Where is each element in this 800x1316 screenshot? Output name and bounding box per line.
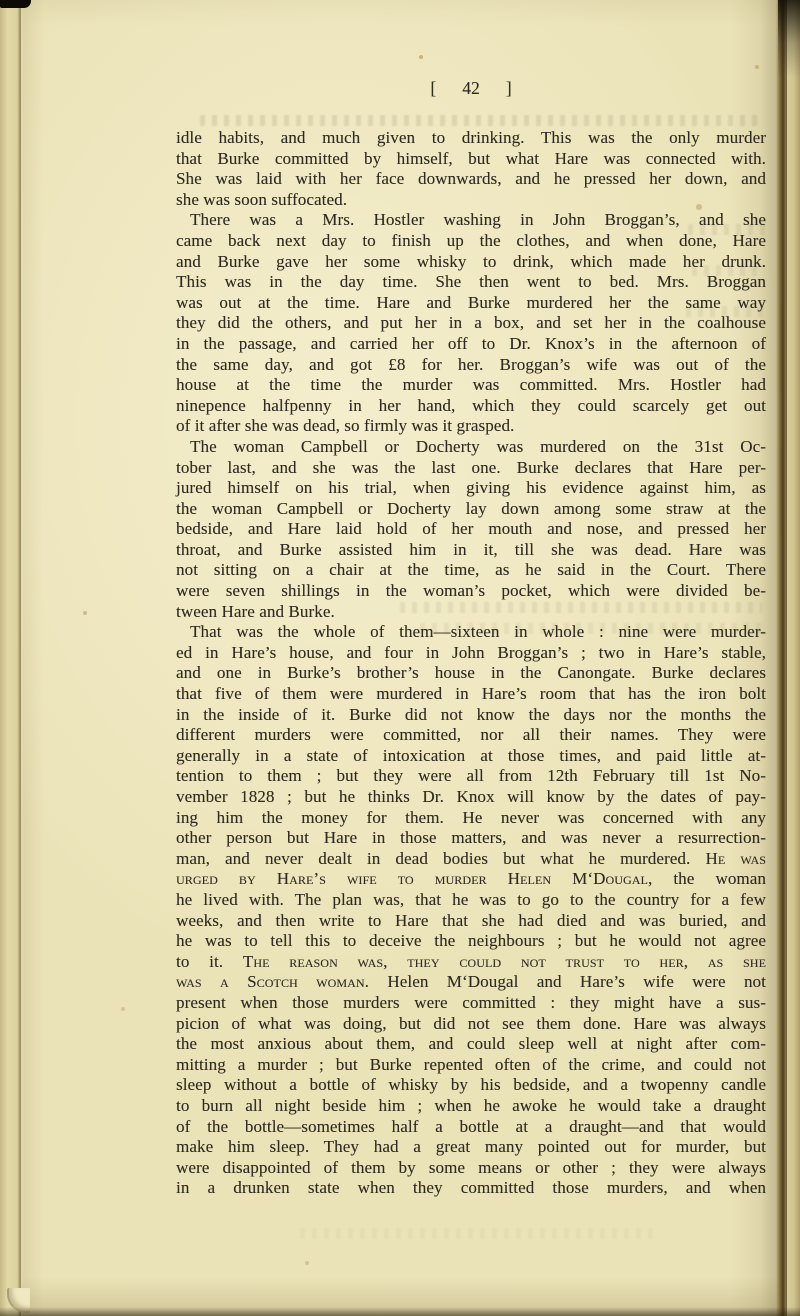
paragraph: The woman Campbell or Docherty was murde… bbox=[176, 437, 766, 622]
body-text: The woman Campbell or Docherty was murde… bbox=[190, 437, 766, 456]
body-text: mitting a murder ; but Burke repented of… bbox=[176, 1055, 766, 1074]
body-text: This was in the day time. She then went … bbox=[176, 272, 766, 291]
body-text: the most anxious about them, and could s… bbox=[176, 1034, 766, 1053]
body-text: sleep without a bottle of whisky by his … bbox=[176, 1075, 766, 1094]
body-text: in a drunken state when they committed t… bbox=[176, 1178, 766, 1197]
text-line: house at the time the murder was committ… bbox=[176, 375, 766, 396]
text-line: This was in the day time. She then went … bbox=[176, 272, 766, 293]
body-text: to it. bbox=[176, 952, 243, 971]
body-text: jured himself on his trial, when giving … bbox=[176, 478, 766, 497]
body-text: the same day, and got £8 for her. Brogga… bbox=[176, 355, 766, 374]
text-line: was a Scotch woman. Helen M‘Dougal and H… bbox=[176, 972, 766, 993]
body-text: they did the others, and put her in a bo… bbox=[176, 313, 766, 332]
page-number-left-bracket: [ bbox=[430, 78, 436, 98]
text-line: urged by Hare’s wife to murder Helen M‘D… bbox=[176, 869, 766, 890]
text-line: generally in a state of intoxication at … bbox=[176, 746, 766, 767]
body-text: ed in Hare’s house, and four in John Bro… bbox=[176, 643, 766, 662]
body-text: Helen M‘Dougal and Hare’s wife were not bbox=[369, 972, 766, 991]
body-text: There was a Mrs. Hostler washing in John… bbox=[190, 210, 766, 229]
body-text: the woman Campbell or Docherty lay down … bbox=[176, 499, 766, 518]
body-text: was out at the time. Hare and Burke murd… bbox=[176, 293, 766, 312]
photo-corner-top-right bbox=[778, 0, 800, 78]
body-text: different murders were committed, nor al… bbox=[176, 725, 766, 744]
text-line: tention to them ; but they were all from… bbox=[176, 766, 766, 787]
body-text: generally in a state of intoxication at … bbox=[176, 746, 766, 765]
page-number-value: 42 bbox=[462, 77, 480, 99]
body-text: house at the time the murder was committ… bbox=[176, 375, 766, 394]
text-line: and Burke gave her some whisky to drink,… bbox=[176, 252, 766, 273]
body-text: ninepence halfpenny in her hand, which t… bbox=[176, 396, 766, 415]
text-line: jured himself on his trial, when giving … bbox=[176, 478, 766, 499]
show-through-ghost bbox=[200, 115, 760, 126]
page-crease bbox=[18, 0, 23, 1316]
body-text: he was to tell this to deceive the neigh… bbox=[176, 931, 766, 950]
body-text: ing him the money for them. He never was… bbox=[176, 808, 766, 827]
text-line: was out at the time. Hare and Burke murd… bbox=[176, 293, 766, 314]
body-text: weeks, and then write to Hare that she h… bbox=[176, 911, 766, 930]
text-line: that Burke committed by himself, but wha… bbox=[176, 149, 766, 170]
text-line: tober last, and she was the last one. Bu… bbox=[176, 458, 766, 479]
text-line: were seven shillings in the woman’s pock… bbox=[176, 581, 766, 602]
book-page-scan: [42] idle habits, and much given to drin… bbox=[0, 0, 800, 1316]
body-text: she was soon suffocated. bbox=[176, 190, 347, 209]
text-line: different murders were committed, nor al… bbox=[176, 725, 766, 746]
body-text: of it after she was dead, so firmly was … bbox=[176, 416, 514, 435]
text-block: idle habits, and much given to drinking.… bbox=[176, 128, 766, 1199]
text-line: other person but Hare in those matters, … bbox=[176, 828, 766, 849]
body-text: bedside, and Hare laid hold of her mouth… bbox=[176, 519, 766, 538]
body-text: tween Hare and Burke. bbox=[176, 602, 335, 621]
text-line: ninepence halfpenny in her hand, which t… bbox=[176, 396, 766, 417]
body-text: to burn all night beside him ; when he a… bbox=[176, 1096, 766, 1115]
body-text: and Burke gave her some whisky to drink,… bbox=[176, 252, 766, 271]
text-line: mitting a murder ; but Burke repented of… bbox=[176, 1055, 766, 1076]
text-line: and one in Burke’s brother’s house in th… bbox=[176, 663, 766, 684]
text-line: ing him the money for them. He never was… bbox=[176, 808, 766, 829]
body-text: present when those murders were committe… bbox=[176, 993, 766, 1012]
small-caps-text: The reason was, they could not trust to … bbox=[243, 952, 766, 971]
text-line: That was the whole of them—sixteen in wh… bbox=[176, 622, 766, 643]
text-line: he lived with. The plan was, that he was… bbox=[176, 890, 766, 911]
text-line: to burn all night beside him ; when he a… bbox=[176, 1096, 766, 1117]
body-text: , the woman bbox=[648, 869, 766, 888]
small-caps-text: was a Scotch woman. bbox=[176, 972, 369, 991]
page-number: [42] bbox=[176, 77, 766, 99]
paragraph: idle habits, and much given to drinking.… bbox=[176, 128, 766, 210]
body-text: that five of them were murdered in Hare’… bbox=[176, 684, 766, 703]
body-text: She was laid with her face downwards, an… bbox=[176, 169, 766, 188]
text-line: in the passage, and carried her off to D… bbox=[176, 334, 766, 355]
text-line: in a drunken state when they committed t… bbox=[176, 1178, 766, 1199]
text-line: picion of what was doing, but did not se… bbox=[176, 1014, 766, 1035]
text-line: he was to tell this to deceive the neigh… bbox=[176, 931, 766, 952]
text-line: present when those murders were committe… bbox=[176, 993, 766, 1014]
body-text: idle habits, and much given to drinking.… bbox=[176, 128, 766, 147]
small-caps-text: He was bbox=[705, 849, 766, 868]
body-text: and one in Burke’s brother’s house in th… bbox=[176, 663, 766, 682]
body-text: That was the whole of them—sixteen in wh… bbox=[190, 622, 766, 641]
text-line: weeks, and then write to Hare that she h… bbox=[176, 911, 766, 932]
text-line: of it after she was dead, so firmly was … bbox=[176, 416, 766, 437]
show-through-ghost bbox=[300, 1228, 660, 1239]
bottom-shadow bbox=[0, 1307, 800, 1316]
text-line: throat, and Burke assisted him in it, ti… bbox=[176, 540, 766, 561]
text-line: they did the others, and put her in a bo… bbox=[176, 313, 766, 334]
body-text: he lived with. The plan was, that he was… bbox=[176, 890, 766, 909]
body-text: were disappointed of them by some means … bbox=[176, 1158, 766, 1177]
text-line: that five of them were murdered in Hare’… bbox=[176, 684, 766, 705]
small-caps-text: urged by Hare’s wife to murder Helen M‘D… bbox=[176, 869, 648, 888]
text-line: vember 1828 ; but he thinks Dr. Knox wil… bbox=[176, 787, 766, 808]
text-line: were disappointed of them by some means … bbox=[176, 1158, 766, 1179]
text-line: the woman Campbell or Docherty lay down … bbox=[176, 499, 766, 520]
body-text: of the bottle—sometimes half a bottle at… bbox=[176, 1117, 766, 1136]
body-text: throat, and Burke assisted him in it, ti… bbox=[176, 540, 766, 559]
text-line: came back next day to finish up the clot… bbox=[176, 231, 766, 252]
adjacent-page-edge bbox=[787, 0, 800, 1316]
text-line: tween Hare and Burke. bbox=[176, 602, 766, 623]
text-line: sleep without a bottle of whisky by his … bbox=[176, 1075, 766, 1096]
body-text: tention to them ; but they were all from… bbox=[176, 766, 766, 785]
text-line: The woman Campbell or Docherty was murde… bbox=[176, 437, 766, 458]
text-line: bedside, and Hare laid hold of her mouth… bbox=[176, 519, 766, 540]
text-line: ed in Hare’s house, and four in John Bro… bbox=[176, 643, 766, 664]
body-text: other person but Hare in those matters, … bbox=[176, 828, 766, 847]
body-text: vember 1828 ; but he thinks Dr. Knox wil… bbox=[176, 787, 766, 806]
page-number-right-bracket: ] bbox=[506, 78, 512, 98]
foxing-spots bbox=[0, 0, 2, 2]
paragraph: That was the whole of them—sixteen in wh… bbox=[176, 622, 766, 1199]
text-line: man, and never dealt in dead bodies but … bbox=[176, 849, 766, 870]
text-line: the same day, and got £8 for her. Brogga… bbox=[176, 355, 766, 376]
text-line: in the inside of it. Burke did not know … bbox=[176, 705, 766, 726]
paragraph: There was a Mrs. Hostler washing in John… bbox=[176, 210, 766, 437]
text-line: make him sleep. They had a great many po… bbox=[176, 1137, 766, 1158]
text-line: There was a Mrs. Hostler washing in John… bbox=[176, 210, 766, 231]
body-text: tober last, and she was the last one. Bu… bbox=[176, 458, 766, 477]
text-line: idle habits, and much given to drinking.… bbox=[176, 128, 766, 149]
text-line: She was laid with her face downwards, an… bbox=[176, 169, 766, 190]
body-text: that Burke committed by himself, but wha… bbox=[176, 149, 766, 168]
body-text: picion of what was doing, but did not se… bbox=[176, 1014, 766, 1033]
body-text: came back next day to finish up the clot… bbox=[176, 231, 766, 250]
text-line: the most anxious about them, and could s… bbox=[176, 1034, 766, 1055]
text-line: to it. The reason was, they could not tr… bbox=[176, 952, 766, 973]
body-text: make him sleep. They had a great many po… bbox=[176, 1137, 766, 1156]
body-text: in the passage, and carried her off to D… bbox=[176, 334, 766, 353]
photo-corner-top-left bbox=[0, 0, 31, 8]
body-text: man, and never dealt in dead bodies but … bbox=[176, 849, 705, 868]
text-line: of the bottle—sometimes half a bottle at… bbox=[176, 1117, 766, 1138]
body-text: not sitting on a chair at the time, as h… bbox=[176, 560, 766, 579]
text-line: she was soon suffocated. bbox=[176, 190, 766, 211]
body-text: were seven shillings in the woman’s pock… bbox=[176, 581, 766, 600]
text-line: not sitting on a chair at the time, as h… bbox=[176, 560, 766, 581]
body-text: in the inside of it. Burke did not know … bbox=[176, 705, 766, 724]
